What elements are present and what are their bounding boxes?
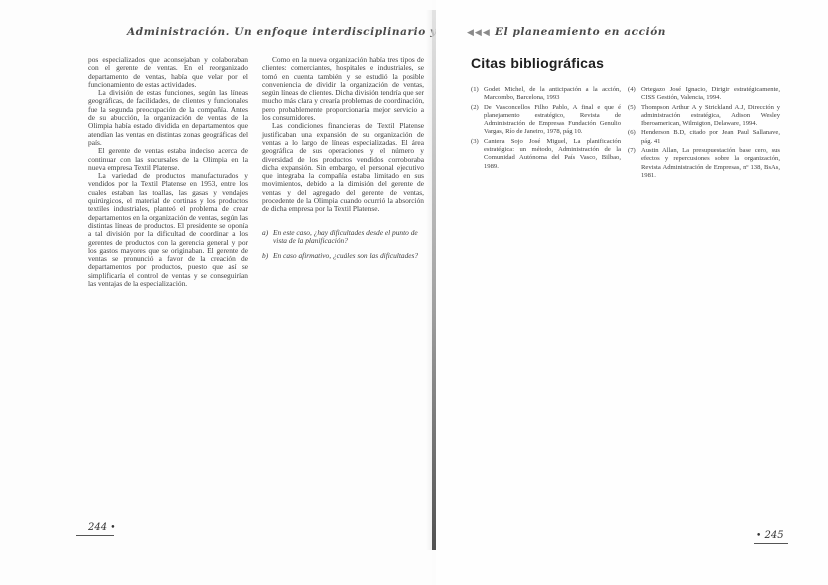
page-number: 244 (88, 522, 107, 533)
reference-number: (2) (471, 104, 484, 137)
question-a: a) En este caso, ¿hay dificultades desde… (262, 229, 424, 246)
paragraph: El gerente de ventas estaba indeciso ace… (88, 147, 248, 172)
question-letter: b) (262, 252, 273, 260)
references-column-1: (1) Godet Michel, de la anticipación a l… (471, 86, 621, 172)
question-text: En este caso, ¿hay dificultades desde el… (273, 229, 424, 246)
left-page: Administración. Un enfoque interdiscipli… (0, 0, 432, 585)
page-number-right: • 245 (756, 530, 784, 541)
running-head-right: ◀◀◀ El planeamiento en acción (467, 26, 666, 38)
section-title: Citas bibliográficas (471, 55, 604, 71)
reference-text: Austin Allan, La presupuestación base ce… (641, 147, 780, 180)
reference-item: (2) De Vasconcellos Filho Pablo, A final… (471, 104, 621, 137)
reference-number: (3) (471, 138, 484, 171)
bullet-icon: • (756, 531, 761, 541)
reference-item: (4) Ortegazo José Ignacio, Dirigir estra… (628, 86, 780, 103)
reference-text: Godet Michel, de la anticipación a la ac… (484, 86, 621, 103)
running-head-right-text: El planeamiento en acción (495, 26, 666, 38)
body-column-1: pos especializados que aconsejaban y col… (88, 56, 248, 288)
reference-number: (1) (471, 86, 484, 103)
reference-number: (6) (628, 129, 641, 146)
bullet-icon: • (110, 523, 115, 533)
reference-number: (7) (628, 147, 641, 180)
reference-item: (1) Godet Michel, de la anticipación a l… (471, 86, 621, 103)
reference-item: (3) Cantera Sojo José Miguel, La planifi… (471, 138, 621, 171)
paragraph: pos especializados que aconsejaban y col… (88, 56, 248, 89)
folio-rule (754, 543, 788, 544)
references-column-2: (4) Ortegazo José Ignacio, Dirigir estra… (628, 86, 780, 181)
folio-rule (76, 535, 114, 536)
reference-item: (7) Austin Allan, La presupuestación bas… (628, 147, 780, 180)
case-questions: a) En este caso, ¿hay dificultades desde… (262, 229, 424, 266)
paragraph: La variedad de productos manufacturados … (88, 172, 248, 288)
reference-item: (6) Henderson B.D, citado por Jean Paul … (628, 129, 780, 146)
paragraph: La división de estas funciones, según la… (88, 89, 248, 147)
reference-text: Ortegazo José Ignacio, Dirigir estratégi… (641, 86, 780, 103)
question-b: b) En caso afirmativo, ¿cuáles son las d… (262, 252, 424, 260)
question-text: En caso afirmativo, ¿cuáles son las difi… (273, 252, 424, 260)
reference-number: (4) (628, 86, 641, 103)
reference-text: Cantera Sojo José Miguel, La planificaci… (484, 138, 621, 171)
reference-item: (5) Thompson Arthur A y Strickland A.J, … (628, 104, 780, 129)
page-number: 245 (765, 530, 784, 541)
reference-text: Henderson B.D, citado por Jean Paul Sall… (641, 129, 780, 146)
reference-text: Thompson Arthur A y Strickland A.J, Dire… (641, 104, 780, 129)
arrows-left-icon: ◀◀◀ (467, 28, 491, 38)
paragraph: Las condiciones financieras de Textil Pl… (262, 122, 424, 213)
paragraph: Como en la nueva organización había tres… (262, 56, 424, 122)
page-number-left: 244 • (88, 522, 116, 533)
reference-number: (5) (628, 104, 641, 129)
question-letter: a) (262, 229, 273, 246)
body-column-2: Como en la nueva organización había tres… (262, 56, 424, 214)
reference-text: De Vasconcellos Filho Pablo, A final e q… (484, 104, 621, 137)
